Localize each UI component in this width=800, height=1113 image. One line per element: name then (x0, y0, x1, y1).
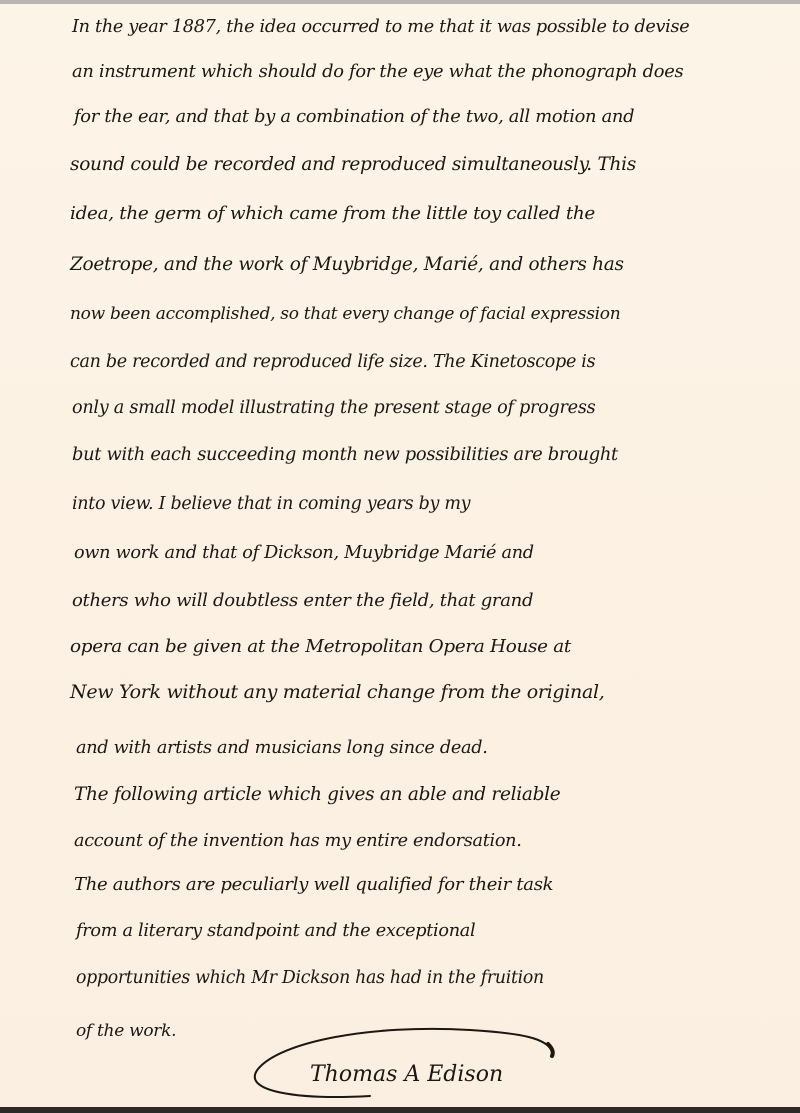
signature: Thomas A Edison (310, 1062, 503, 1087)
letter-line: The following article which gives an abl… (74, 784, 560, 805)
letter-line: of the work. (76, 1021, 176, 1041)
letter-line: only a small model illustrating the pres… (72, 398, 595, 418)
letter-line: idea, the germ of which came from the li… (70, 203, 595, 224)
letter-line: now been accomplished, so that every cha… (70, 304, 620, 324)
letter-line: an instrument which should do for the ey… (72, 61, 683, 82)
letter-line: for the ear, and that by a combination o… (74, 106, 634, 127)
letter-line: Zoetrope, and the work of Muybridge, Mar… (70, 254, 624, 275)
letter-line: opera can be given at the Metropolitan O… (70, 636, 571, 657)
letter-line: sound could be recorded and reproduced s… (70, 154, 636, 175)
letter-line: In the year 1887, the idea occurred to m… (72, 16, 689, 37)
signature-block: Thomas A Edison (240, 1014, 580, 1104)
letter-line: from a literary standpoint and the excep… (76, 920, 475, 941)
letter-line: but with each succeeding month new possi… (72, 445, 618, 465)
letter-line: own work and that of Dickson, Muybridge … (74, 542, 534, 563)
letter-line: opportunities which Mr Dickson has had i… (76, 968, 544, 988)
scanned-letter-page: In the year 1887, the idea occurred to m… (0, 0, 800, 1113)
signature-flourish-icon (240, 1014, 580, 1104)
letter-line: others who will doubtless enter the fiel… (72, 590, 533, 611)
letter-line: and with artists and musicians long sinc… (76, 737, 488, 758)
letter-line: account of the invention has my entire e… (74, 830, 522, 851)
letter-line: into view. I believe that in coming year… (72, 494, 470, 514)
letter-line: The authors are peculiarly well qualifie… (74, 874, 553, 895)
letter-line: can be recorded and reproduced life size… (70, 352, 595, 372)
letter-line: New York without any material change fro… (70, 681, 605, 703)
